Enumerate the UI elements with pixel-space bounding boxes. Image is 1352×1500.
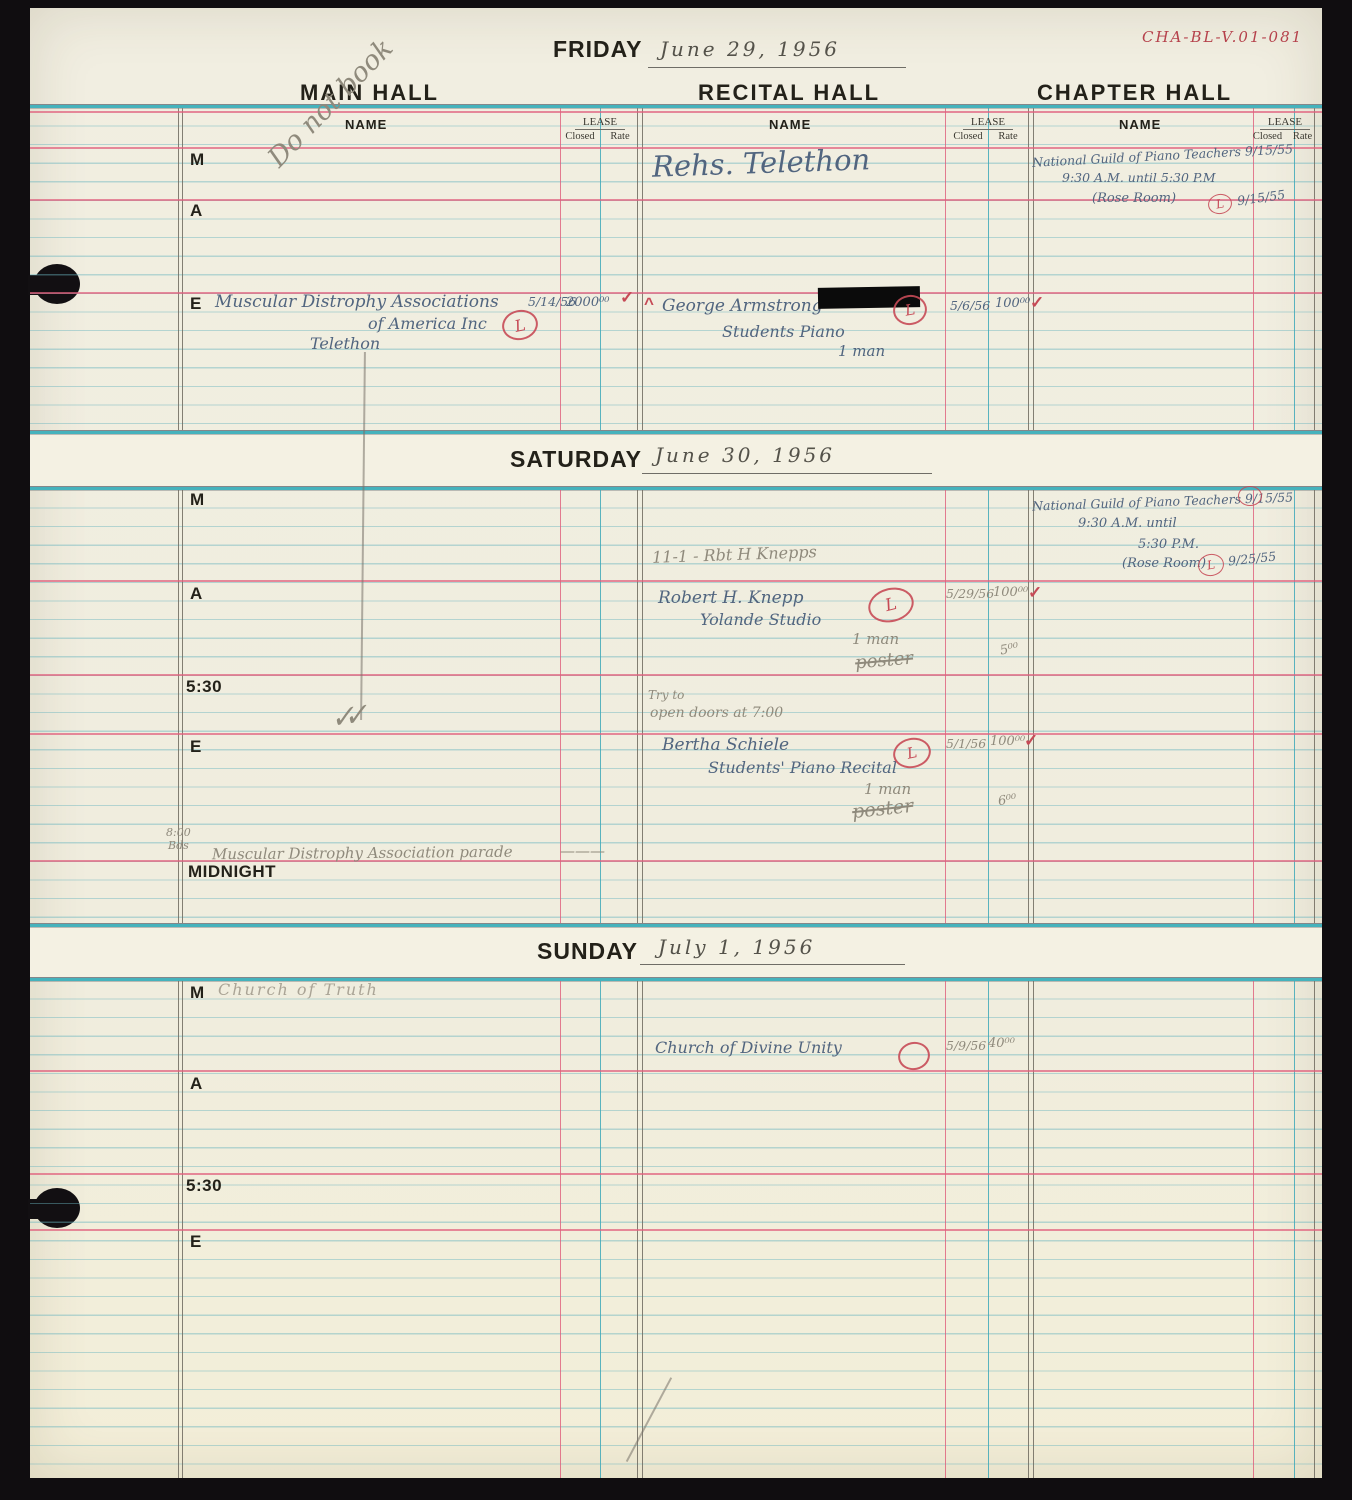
column-rule	[1028, 108, 1029, 433]
date-underline-sunday	[640, 964, 905, 965]
entry-sunday-recital-rate: 40⁰⁰	[988, 1036, 1015, 1051]
section-rule	[30, 105, 1322, 108]
column-rule	[1294, 108, 1295, 433]
date-underline-friday	[648, 67, 906, 68]
closed-label: Closed	[948, 131, 988, 142]
entry-saturday-recital-e: Students' Piano Recital	[708, 758, 897, 777]
entry-saturday-recital-e-closed: 5/1/56	[946, 736, 986, 751]
entry-sunday-recital: Church of Divine Unity	[655, 1038, 842, 1057]
date-sunday: July 1, 1956	[658, 935, 815, 959]
time-label-saturday-530: 5:30	[186, 677, 222, 697]
col-header-name-recital: NAME	[769, 117, 811, 132]
entry-saturday-main-midnight-bds: Bds	[168, 839, 189, 852]
entry-friday-recital-e: George Armstrong	[662, 296, 823, 316]
column-rule	[1314, 108, 1315, 433]
pencil-dash: ———	[560, 842, 605, 860]
lease-header-recital: LEASE Closed Rate	[945, 112, 1031, 142]
column-rule	[178, 108, 179, 433]
col-header-name-chapter: NAME	[1119, 117, 1161, 132]
lease-header-chapter: LEASE Closed Rate	[1250, 112, 1320, 142]
row-rule	[30, 580, 1322, 582]
column-rule	[1028, 490, 1029, 923]
time-label-saturday-a: A	[190, 584, 203, 604]
time-label-saturday-m: M	[190, 490, 205, 510]
rate-label: Rate	[600, 131, 640, 142]
entry-saturday-recital-note: open doors at 7:00	[650, 705, 783, 721]
pencil-double-check: ✓✓	[328, 698, 359, 736]
date-saturday: June 30, 1956	[655, 443, 835, 467]
column-rule	[988, 108, 989, 433]
col-header-name-main: NAME	[345, 117, 387, 132]
day-label-friday: FRIDAY	[553, 36, 643, 63]
column-rule	[637, 490, 638, 923]
entry-saturday-recital-a: 1 man	[852, 630, 899, 648]
entry-saturday-main-midnight: Muscular Distrophy Association parade	[212, 843, 513, 864]
entry-saturday-chapter: 5:30 P.M.	[1138, 537, 1199, 552]
entry-friday-chapter: (Rose Room)	[1092, 191, 1176, 206]
entry-saturday-main-midnight-time: 8:00	[166, 826, 191, 839]
rate-label: Rate	[988, 131, 1028, 142]
date-friday: June 29, 1956	[660, 37, 840, 61]
row-rule	[30, 1173, 1322, 1175]
column-rule	[642, 108, 643, 433]
row-rule	[30, 1229, 1322, 1231]
column-rule	[637, 108, 638, 433]
entry-friday-main-e: of America Inc	[368, 314, 487, 333]
hall-title-chapter: CHAPTER HALL	[1037, 80, 1232, 106]
day-label-saturday: SATURDAY	[510, 446, 642, 473]
column-rule	[182, 490, 183, 923]
archive-code: CHA-BL-V.01-081	[1142, 28, 1303, 46]
time-label-sunday-530: 5:30	[186, 1176, 222, 1196]
lease-label: LEASE	[963, 116, 1013, 130]
column-rule	[642, 490, 643, 923]
entry-saturday-chapter: 9:30 A.M. until	[1078, 516, 1177, 531]
entry-saturday-recital-e-rate: 100⁰⁰	[990, 734, 1025, 749]
entry-saturday-recital-a-rate: 100⁰⁰	[993, 585, 1028, 600]
time-label-friday-a: A	[190, 201, 203, 221]
entry-saturday-recital-a: Yolande Studio	[700, 610, 821, 629]
column-rule	[600, 108, 601, 433]
time-label-sunday-e: E	[190, 1232, 202, 1252]
closed-label: Closed	[560, 131, 600, 142]
entry-sunday-main-m: Church of Truth	[218, 980, 379, 999]
entry-saturday-recital-a: Robert H. Knepp	[658, 588, 803, 608]
red-caret: ^	[644, 294, 654, 314]
column-rule	[945, 490, 946, 923]
time-label-saturday-e: E	[190, 737, 202, 757]
day-label-sunday: SUNDAY	[537, 938, 638, 965]
time-label-sunday-m: M	[190, 983, 205, 1003]
red-check: ✓	[1024, 731, 1038, 751]
red-check: ✓	[1028, 583, 1042, 603]
time-label-sunday-a: A	[190, 1074, 203, 1094]
entry-friday-recital-e: 1 man	[838, 342, 885, 360]
lease-header-main: LEASE Closed Rate	[560, 112, 640, 142]
column-rule	[945, 108, 946, 433]
hall-title-recital: RECITAL HALL	[698, 80, 880, 106]
entry-saturday-recital-e-rate2: 6⁰⁰	[997, 792, 1018, 809]
entry-friday-main-rate: 2000⁰⁰	[566, 295, 610, 310]
row-rule	[30, 111, 1322, 113]
entry-saturday-recital-a-rate2: 5⁰⁰	[999, 640, 1020, 658]
red-check: ✓	[620, 288, 634, 308]
column-rule	[1314, 490, 1315, 923]
row-rule	[30, 674, 1322, 676]
entry-sunday-recital-closed: 5/9/56	[946, 1038, 986, 1053]
red-check: ✓	[1030, 293, 1044, 313]
column-rule	[1294, 490, 1295, 923]
column-rule	[1033, 490, 1034, 923]
time-label-friday-m: M	[190, 150, 205, 170]
closed-label: Closed	[1250, 131, 1285, 142]
entry-friday-recital-rate: 100⁰⁰	[995, 296, 1030, 311]
entry-friday-chapter: 9:30 A.M. until 5:30 P.M	[1062, 170, 1216, 185]
entry-friday-main-e: Muscular Distrophy Associations	[215, 292, 499, 312]
column-rule	[182, 108, 183, 433]
time-label-friday-e: E	[190, 294, 202, 314]
scanned-ledger-page: CHA-BL-V.01-081 FRIDAY June 29, 1956 MAI…	[0, 0, 1352, 1500]
entry-friday-recital-e: Students Piano	[722, 322, 845, 341]
date-underline-saturday	[642, 473, 932, 474]
time-label-saturday-midnight: MIDNIGHT	[188, 862, 276, 882]
entry-saturday-chapter: (Rose Room)	[1122, 556, 1206, 571]
section-rule	[30, 924, 1322, 927]
lease-label: LEASE	[575, 116, 625, 130]
entry-saturday-recital-a-closed: 5/29/56	[946, 586, 994, 601]
entry-friday-main-e: Telethon	[310, 334, 380, 353]
entry-friday-recital-closed: 5/6/56	[950, 298, 990, 313]
entry-saturday-recital-note: Try to	[648, 688, 684, 702]
column-rule	[560, 108, 561, 433]
lease-label: LEASE	[1260, 116, 1310, 130]
section-rule	[30, 431, 1322, 434]
column-rule	[178, 490, 179, 923]
lease-circle	[1238, 486, 1262, 506]
column-rule	[988, 490, 989, 923]
entry-saturday-recital-e: Bertha Schiele	[662, 735, 789, 755]
row-rule	[30, 1070, 1322, 1072]
